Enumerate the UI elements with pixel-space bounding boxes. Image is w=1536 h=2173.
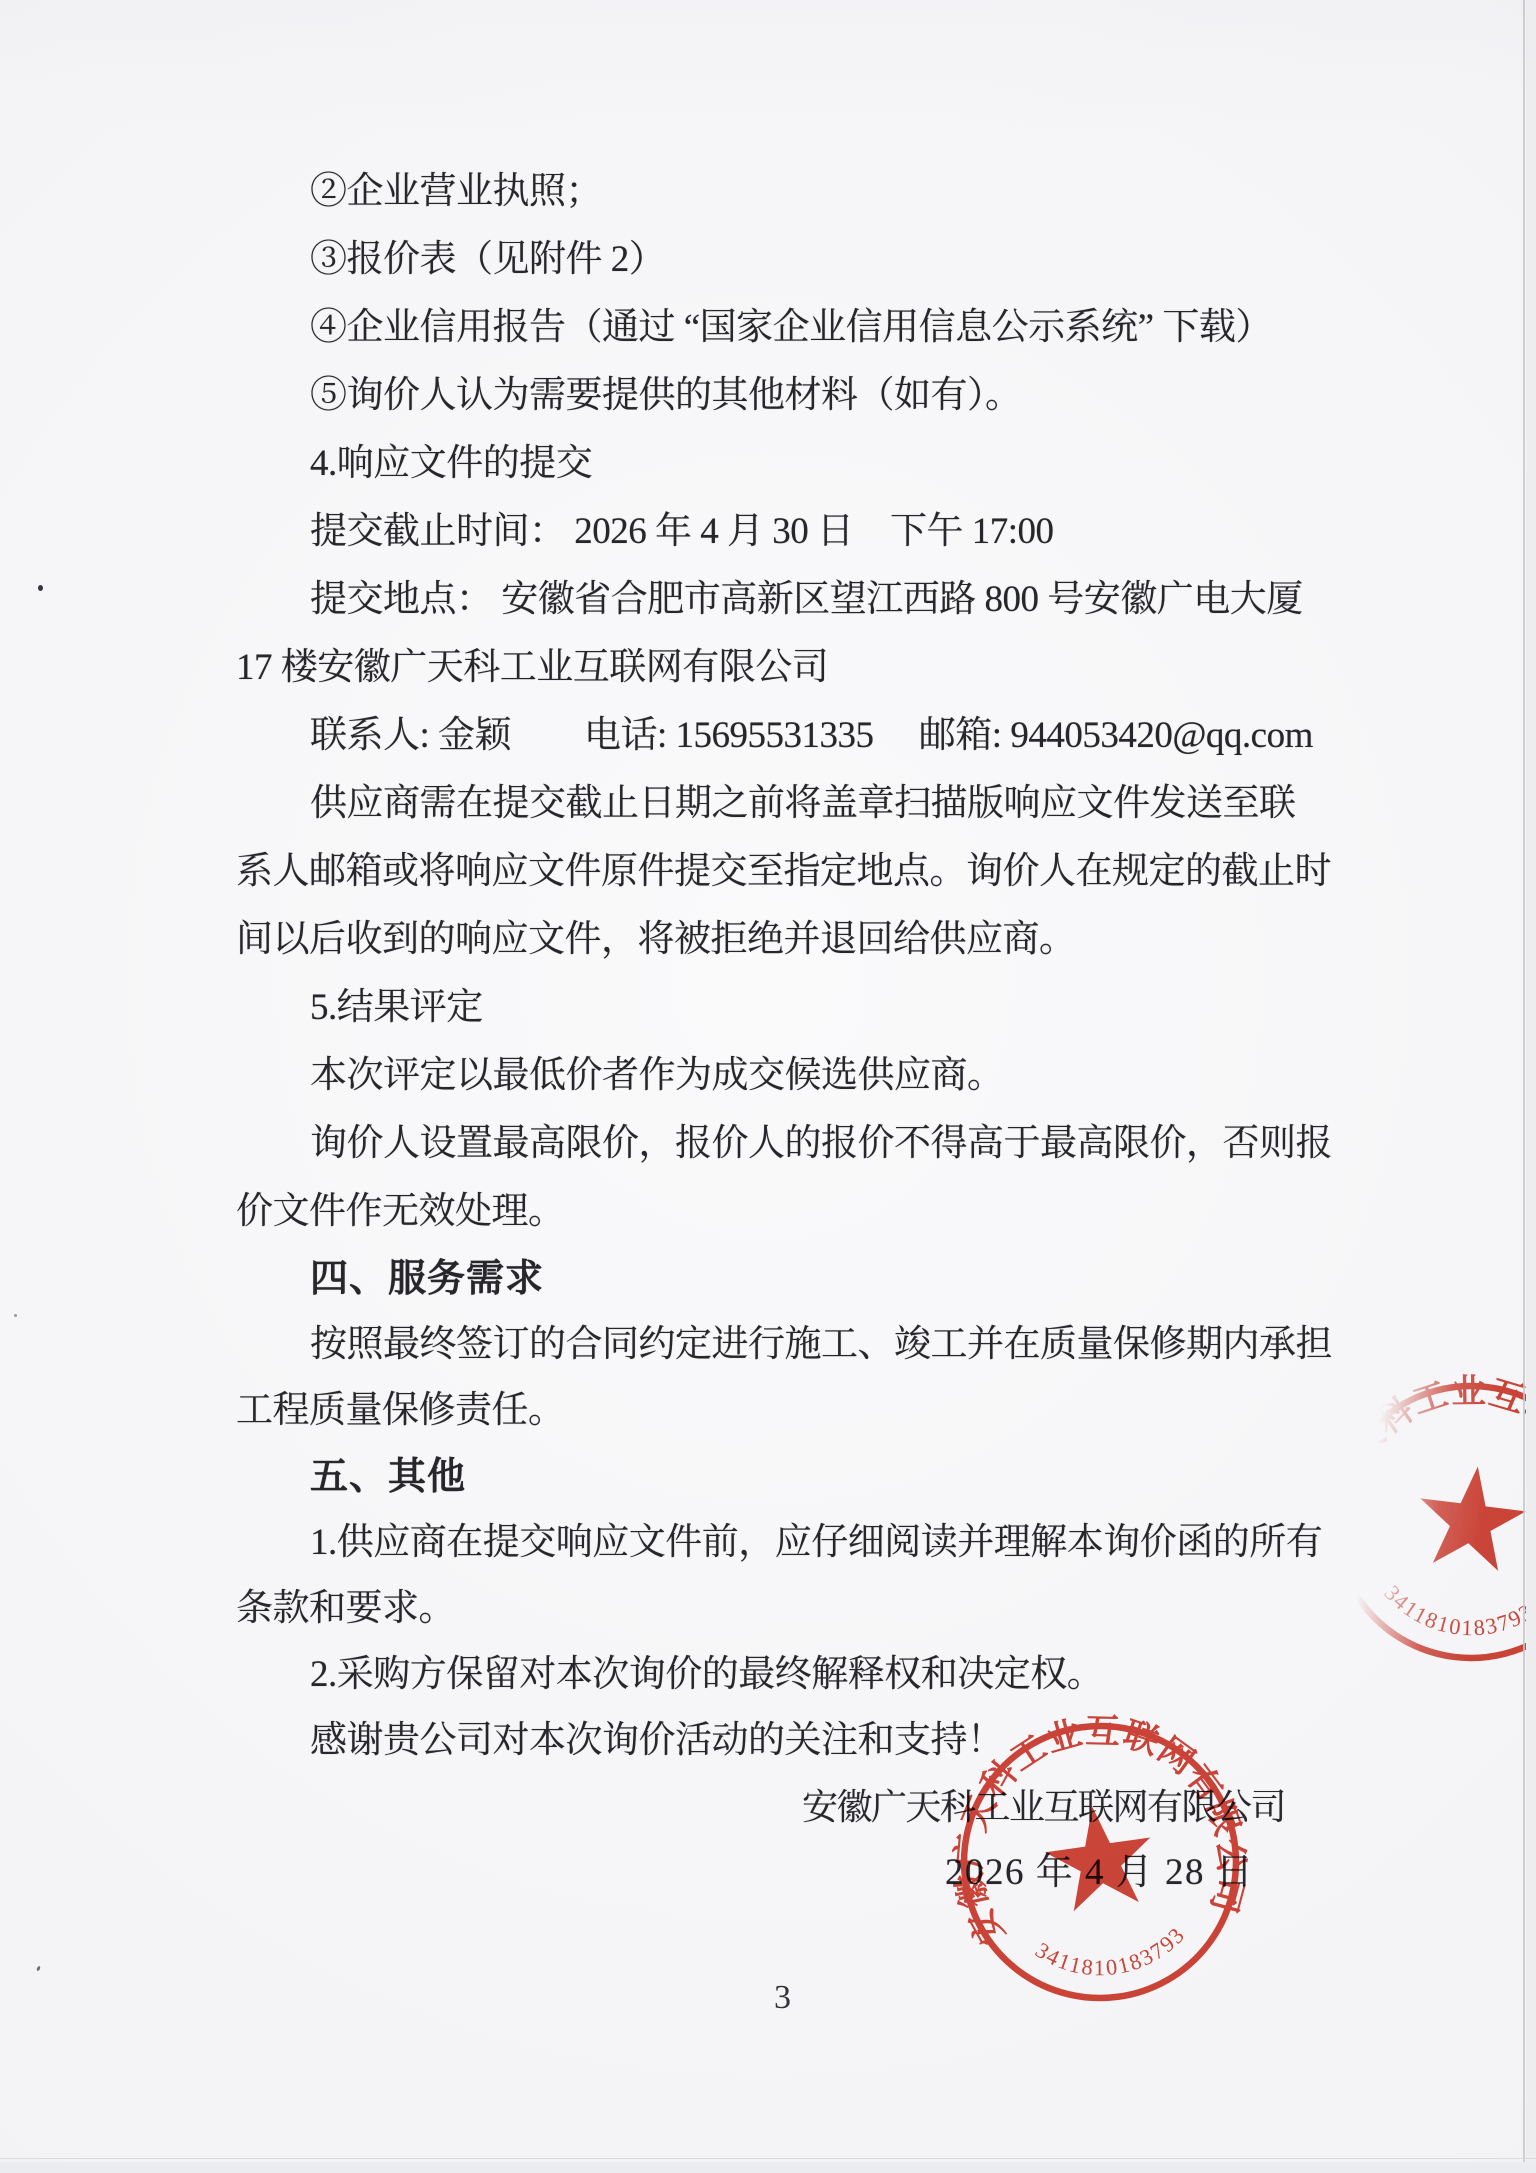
text-line: 价文件作无效处理。 <box>236 1178 1346 1246</box>
text-line: ⑤询价人认为需要提供的其他材料（如有）。 <box>236 362 1346 430</box>
svg-text:安徽广天科工业互联网有限公司: 安徽广天科工业互联网有限公司 <box>1313 1356 1536 1615</box>
text-line: ④企业信用报告（通过 “国家企业信用信息公示系统” 下载） <box>236 294 1346 362</box>
text-line: 1.供应商在提交响应文件前，应仔细阅读并理解本询价函的所有 <box>236 1510 1346 1576</box>
text-line: 工程质量保修责任。 <box>236 1378 1346 1444</box>
document-body: ②企业营业执照；③报价表（见附件 2）④企业信用报告（通过 “国家企业信用信息公… <box>236 158 1346 1906</box>
ink-speck <box>38 585 43 591</box>
svg-text:3411810183793: 3411810183793 <box>1028 1917 1194 1990</box>
seal-serial-number: 3411810183793 <box>1028 1917 1194 1990</box>
text-line: ③报价表（见附件 2） <box>236 226 1346 294</box>
text-line: 五、其他 <box>236 1444 1346 1510</box>
seal-company-arc-text: 安徽广天科工业互联网有限公司 <box>1313 1356 1536 1615</box>
text-line: 提交截止时间： 2026 年 4 月 30 日 下午 17:00 <box>236 498 1346 566</box>
text-line: 间以后收到的响应文件，将被拒绝并退回给供应商。 <box>236 906 1346 974</box>
text-line: 联系人: 金颖 电话: 15695531335 邮箱: 944053420@qq… <box>236 702 1346 770</box>
scan-right-edge-line <box>1523 0 1525 2173</box>
seal-ring <box>1319 1370 1536 1673</box>
text-line: ②企业营业执照； <box>236 158 1346 226</box>
text-line: 供应商需在提交截止日期之前将盖章扫描版响应文件发送至联 <box>236 770 1346 838</box>
ink-speck <box>36 1966 41 1972</box>
star-icon <box>1413 1460 1531 1573</box>
scan-bottom-edge-band <box>0 2162 1536 2173</box>
svg-text:3411810183793: 3411810183793 <box>1376 1578 1536 1649</box>
text-line: 4.响应文件的提交 <box>236 430 1346 498</box>
text-line: 系人邮箱或将响应文件原件提交至指定地点。询价人在规定的截止时 <box>236 838 1346 906</box>
text-line: 本次评定以最低价者作为成交候选供应商。 <box>236 1042 1346 1110</box>
text-line: 2.采购方保留对本次询价的最终解释权和决定权。 <box>236 1642 1346 1708</box>
ink-speck <box>14 1314 17 1317</box>
text-line: 按照最终签订的合同约定进行施工、竣工并在质量保修期内承担 <box>236 1312 1346 1378</box>
scan-bottom-edge-line <box>0 2158 1536 2159</box>
scan-right-edge-band <box>1526 0 1536 2173</box>
text-line: 17 楼安徽广天科工业互联网有限公司 <box>236 634 1346 702</box>
text-line: 感谢贵公司对本次询价活动的关注和支持！ <box>236 1708 1346 1774</box>
seal-serial-number: 3411810183793 <box>1376 1578 1536 1649</box>
page-number: 3 <box>774 1977 791 2019</box>
text-line: 5.结果评定 <box>236 974 1346 1042</box>
text-line: 安徽广天科工业互联网有限公司 <box>236 1774 1346 1840</box>
text-line: 2026 年 4 月 28 日 <box>236 1840 1346 1906</box>
text-line: 提交地点： 安徽省合肥市高新区望江西路 800 号安徽广电大厦 <box>236 566 1346 634</box>
text-line: 四、服务需求 <box>236 1246 1346 1312</box>
text-line: 条款和要求。 <box>236 1576 1346 1642</box>
text-line: 询价人设置最高限价，报价人的报价不得高于最高限价，否则报 <box>236 1110 1346 1178</box>
scanned-document-page: ②企业营业执照；③报价表（见附件 2）④企业信用报告（通过 “国家企业信用信息公… <box>0 0 1536 2173</box>
